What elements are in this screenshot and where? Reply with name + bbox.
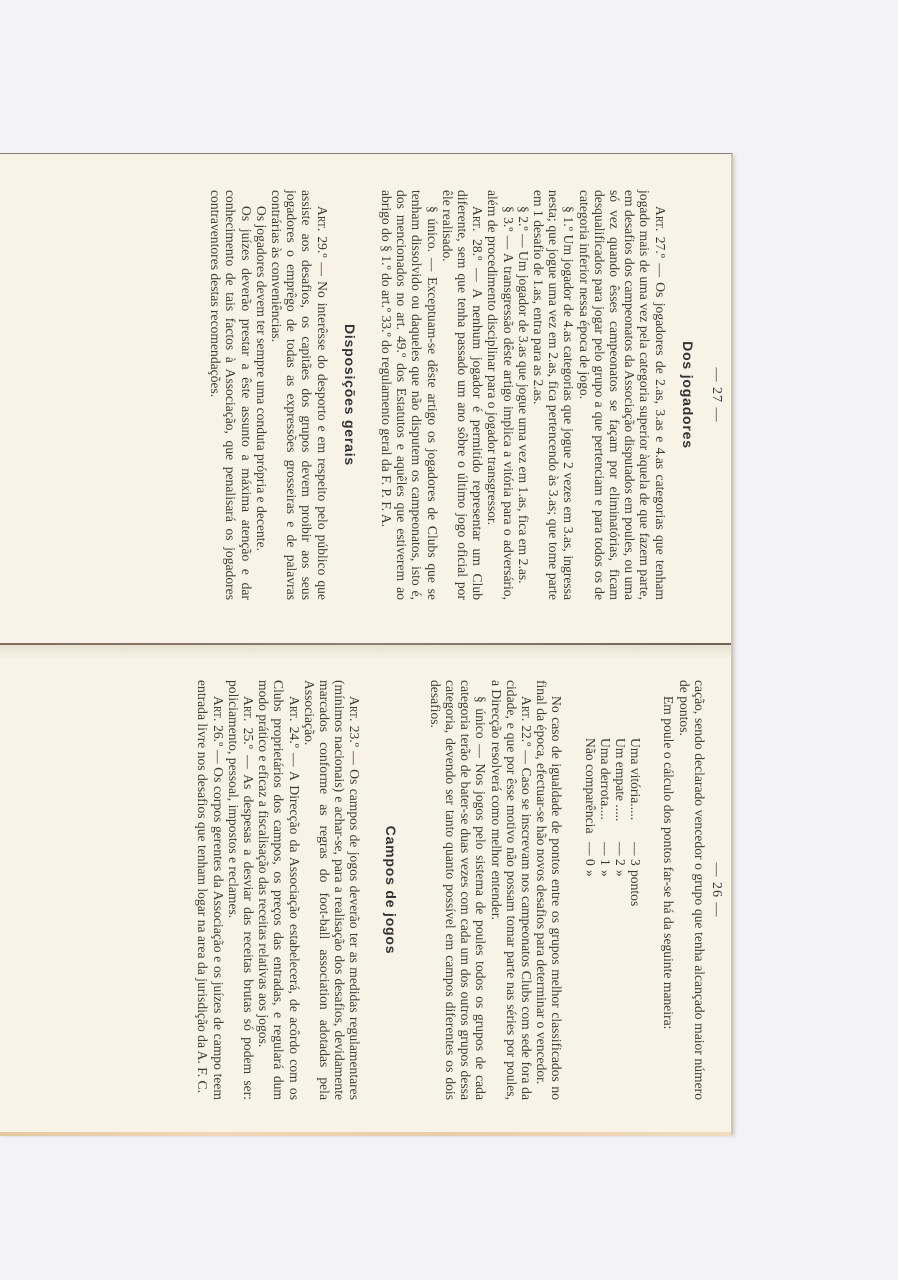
page-26: — 26 — cação, sendo declarado vencedor o… — [50, 680, 730, 1100]
section-heading-disposicoes-gerais: Disposições gerais — [342, 190, 357, 600]
score-row-forfeit: Não comparência — 0 » — [582, 738, 597, 1100]
conduct-paragraph: Os jogadores devem ter sempre uma condut… — [254, 190, 269, 600]
page-number: — 27 — — [709, 190, 724, 600]
score-row-win: Uma vitória..... — 3 pontos — [628, 738, 643, 1100]
intro-line-1: cação, sendo declarado vencedor o grupo … — [676, 680, 706, 1100]
score-row-loss: Uma derrota.... — 1 » — [598, 738, 613, 1100]
article-27-paragraph-2: § 2.º — Um jogador de 3.as que jogue uma… — [516, 190, 531, 600]
section-heading-dos-jogadores: Dos jogadores — [680, 190, 695, 600]
judges-paragraph: Os juízes deverão prestar a êste assunto… — [208, 190, 254, 600]
article-23: Art. 23.º — Os campos de jogos deverão t… — [302, 680, 363, 1100]
page-27: — 27 — Dos jogadores Art. 27.º — Os joga… — [50, 190, 730, 600]
article-27: Art. 27.º — Os jogadores de 2.as, 3.as e… — [576, 190, 667, 600]
article-27-paragraph-1: § 1.º Um jogador de 4.as categorias que … — [531, 190, 577, 600]
article-25: Art. 25.º — As despesas a desviar das re… — [226, 680, 256, 1100]
score-row-draw: Um empate ..... — 2 » — [613, 738, 628, 1100]
page-number: — 26 — — [709, 680, 724, 1100]
scoring-table: Uma vitória..... — 3 pontos Um empate ..… — [582, 738, 643, 1100]
article-28: Art. 28.º — A nenhum jogador é permitido… — [440, 190, 486, 600]
intro-line-2: Em poule o cálculo dos pontos far-se há … — [661, 680, 676, 1100]
fold-shadow — [0, 645, 731, 659]
article-24: Art. 24.º — A Direcção da Associação est… — [256, 680, 302, 1100]
article-26: Art. 26.º — Os corpos gerentes da Associ… — [195, 680, 225, 1100]
article-28-sole-paragraph: § único. — Exceptuam-se dêste artigo os … — [379, 190, 440, 600]
article-22-sole-paragraph: § único — Nos jogos pelo sistema de poul… — [428, 680, 489, 1100]
section-heading-campos-de-jogos: Campos de jogos — [382, 680, 397, 1100]
article-27-paragraph-3: § 3.º — A transgressão dêste artigo impl… — [485, 190, 515, 600]
article-22: Art. 22.º — Caso se inscrevam nos campeo… — [488, 680, 534, 1100]
tie-paragraph: No caso de igualdade de pontos entre os … — [534, 680, 564, 1100]
article-29: Art. 29.º — No interêsse do desporto e e… — [269, 190, 330, 600]
